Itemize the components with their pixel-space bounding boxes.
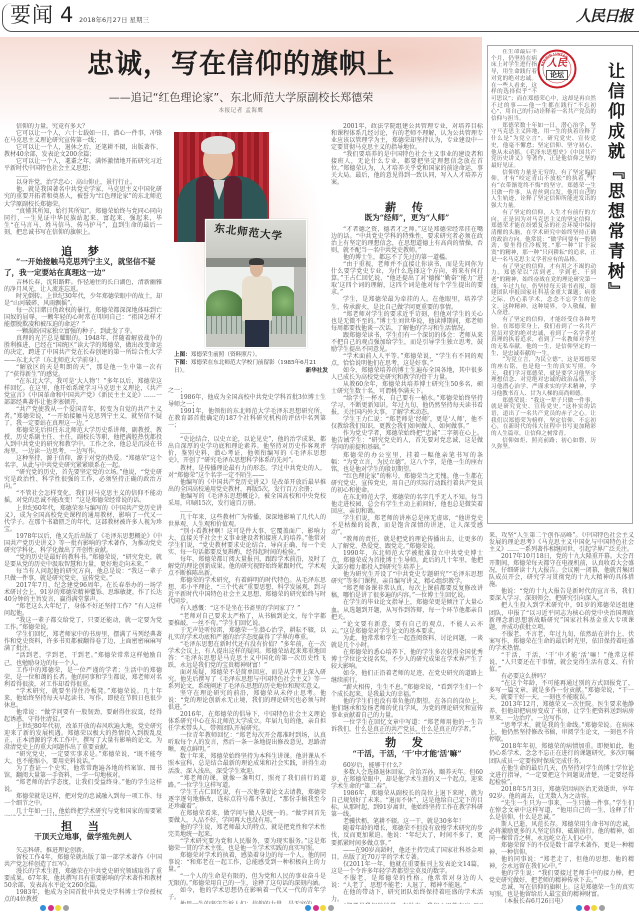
paragraph: “先生一生只为一事来，一生只做一件事。”学生们在悼念文章中这样写道，“他用自己的… (489, 800, 634, 821)
paragraph: 每一次目睹日伪政权的暴行，郑德荣都深深地体味到亡国奴的屈辱，一颗年轻的心时常在叩… (4, 307, 162, 328)
paragraph: “研究党史，一定要实事求是。”郑德荣说，“既不能夸大，也不能缩小，要用史料说话。… (4, 751, 162, 765)
paragraph: 如今，郑德荣培养的博士生遍布全国各地，其中很多人已成长为高校党史研究和教学的骨干… (331, 367, 483, 381)
paragraph: 每年，郑德荣都订阅大量报刊，跟踪学术前沿，及时了解党的理论创新成果。他的研究视野… (168, 556, 326, 577)
paragraph: 他为研究生开设了“中共党史专题研究”“毛泽东思想研究”等多门课程，亲自编写讲义，… (331, 571, 483, 585)
paragraph: 每当有人问起他的研究方向，他总是说：“我这一辈子只做一件事，就是研究党史、宣传党… (4, 568, 162, 582)
paragraph: 2001年，政法学院组建公共管理专业，对培养目标和课程体系几经讨论，有的老师不理… (331, 123, 483, 151)
paragraph: 有了坚定的信仰，才有用之不竭的动力。郑德荣以“活到老、学到老、干到老”的精神，始… (491, 264, 596, 318)
registration-dot-icon (576, 905, 582, 911)
paragraph: 1986年，他成为全国高校中共党史学科首批3位博士生导师之一； (168, 394, 326, 408)
paragraph: 把人生投入到学术研究中，91岁的郑德荣还组建团队，申报了“以习近平同志为核心的党… (489, 602, 634, 630)
paragraph: 学生王力仁说：“郑老师是‘经师’，更是‘人师’，他不仅教给我们知识，更教会我们如… (331, 416, 483, 430)
commentary-body: RENMIN LUNTAN 人民 论坛 在生命最后半个月，仍坚持在病床上对学生进… (491, 49, 596, 520)
paragraph: 于无声处听惊雷，郑德荣一生潜心治学，耕耘不辍，以扎实的学术功底和严谨的治学态度赢… (168, 627, 326, 641)
section-body-dandang-col1: 矢志科研，推进理论创新。留校工作4年，郑德荣就出版了第一部学术著作《中国共产党怎… (4, 847, 162, 904)
paragraph: 坚守在理论研究的前沿，郑德荣从未停止思考。他说：“党的理论创新永无止境，我们的理… (168, 690, 326, 711)
paragraph: 多数人会选择退休回家，含饴弄孙，颐养天年。但60岁，在郑德荣眼中，却是他学术生涯… (331, 769, 483, 790)
paragraph: 漫长的学术生涯，郑德荣在中共党史研究领域取得了重要成果。67年来，他共撰写具有重… (4, 868, 162, 889)
paragraph: “解放区的天是明朗的天”，那是他一生中第一次有了“获得新生”的感觉。 (4, 364, 162, 378)
paragraph: 1978年以后，他又先后出版了《毛泽东思想概论》《中国共产党历史讲义》等一批有影… (4, 533, 162, 554)
paragraph: 有了坚定的信仰，才能经受住各种考验。在郑德荣身上，我们看到了一名共产党员对党的绝… (491, 317, 596, 357)
paragraph: 2016年，在郑德荣的倡导下，中国特色社会主义理论体系研究中心在东北师范大学成立… (168, 711, 326, 732)
photo-caption: 上图：郑德荣生前照（资料照片）。 下图：郑德荣在东北师范大学校门前留影（1985… (174, 351, 328, 375)
paragraph: “红色理论家”的称号，郑德荣当之无愧。他一生都在研究党史、宣传党史，用自己的实际… (331, 473, 483, 494)
paragraph: 2017年7月，纪念建党96周年。在长春举办的一场学术研讨会上，91岁的郑德荣精… (4, 582, 162, 603)
paragraph: 工作中的郑德荣，是一位严谨的学者；生活中的郑德荣，是一位和蔼的长者。他的同事和学… (4, 667, 162, 688)
paragraph: 2013年12月，郑德荣又一次住院。医生要求他静养，但他却把病房变成了书房，让学… (489, 701, 634, 722)
section-name: 要闻 (10, 3, 54, 27)
paragraph: “郑老这么大年纪了，身体不好还坚持工作？”有人这样问起他。 (4, 603, 162, 617)
paragraph: 郑德荣的办公室里，挂着一幅他亲笔书写的条幅：“为党立言，为民立德”。这八个字，是… (331, 452, 483, 473)
paragraph: “郑老师备课非常认真，每次上课前都要反复修改讲稿，哪怕是讲了很多遍的内容。”一位… (331, 585, 483, 599)
man-vest (242, 276, 272, 321)
paragraph: 一位青年教师回忆：“郑老每次开会都准时到场，认真听取每个人的发言，然后一条一条地… (168, 732, 326, 753)
paragraph: 他说：“党的十九大报告是新时代的宣言书，我们要深入学习、深刻领会，把研究引向深入… (489, 588, 634, 602)
caption-top-text: 郑德荣生前照（资料照片）。 (191, 352, 261, 358)
paragraph: “干活，干活，‘干’中才能‘活’嘛！”他常这样说，“人只要还在干事情，就会觉得生… (489, 652, 634, 673)
paragraph: 在郑德荣看来，做学问与做人是统一的。“做学问首先要做人，人品不好，学问再大也没有… (168, 810, 326, 824)
paragraph: 真理的光芒总是耀眼的。1948年，伴随着解放战争的胜利推进，已经在“国统区”读大… (4, 335, 162, 363)
paragraph: 信仰如炬，照亮前路；初心如磐，历久弥坚。 (491, 438, 596, 451)
paragraph: 来，攻坚“人生第二个创作高峰”。《中国特色社会主义发展的理论思考》《马克思主义中… (489, 532, 634, 553)
paragraph: 作为党史学者，郑德荣始终把“忠诚”二字刻在心上。他告诫学生：“研究党史的人，首先… (331, 430, 483, 451)
paragraph: 留校工作4年，郑德荣就出版了第一部学术著作《中国共产党怎样创造了红军》。 (4, 854, 162, 868)
paragraph: 他用一生的坚守告诉人们：信仰的力量，是无穷的。 (168, 901, 326, 904)
paragraph: “一个人的生命是有限的，但为党和人民的事业奋斗是无限的。”郑德荣用自己的一生，诠… (168, 873, 326, 887)
man-trousers (245, 320, 269, 347)
column-logo-ring-icon: RENMIN LUNTAN (537, 49, 577, 89)
section-body-dandang-col2: 之一；1986年，他成为全国高校中共党史学科首批3位博士生导师之一；1991年，… (168, 387, 326, 904)
registration-dot-icon (63, 905, 69, 911)
paragraph: 不服老，不言老，年过九旬，依然站在讲台上、伏案写作，郑德荣在生命的最后时光里，依… (489, 631, 634, 652)
paragraph: 在他生命的最后几天，仍坚持对学生的博士学位论文进行指导，“一定要把这个问题说清楚… (489, 765, 634, 786)
section-subheading-bofa: “干活，干活，‘干’中才能‘活’嘛” (331, 749, 483, 760)
paragraph: “别小看教材啊！这可是件大事，它覆盖面广、影响力大，直接关乎社会主义事业建设者和… (168, 528, 326, 556)
paragraph: 如今，他们正沿着老师的足迹，在党史研究的道路上继续前行。 (331, 670, 483, 684)
article-intro: 信仰的力量，究竟有多大？它可以让一个人，六十七载如一日，潜心一件事，冲锋在马克思… (4, 123, 162, 244)
column-logo: RENMIN LUNTAN 人民 论坛 (537, 49, 596, 93)
paragraph: 忠诚，写在信仰的旗帜上。这是郑德荣一生的真实写照，也是他留给后人最宝贵的精神财富… (489, 884, 634, 898)
paragraph: 1990年，东北师范大学被批准设立中共党史博士点，郑德荣成为首批博士生导师。此后… (331, 550, 483, 571)
paragraph: 它可以让一个人，六十七载如一日，潜心一件事，冲锋在马克思主义理论研究宣传第一线； (4, 130, 162, 144)
paragraph: 矢志科研，推进理论创新。 (4, 847, 162, 854)
paragraph: 不服老，是郑德荣的性格。他常常对身边的人说：“人老了，思想不能老；人退了，精神不… (331, 875, 483, 889)
paragraph: 之一； (168, 387, 326, 394)
paragraph: 斯人已逝，风范长存。郑德荣用生命书写的忠诚，必将激励更多的人坚定信仰、砥砺前行。… (489, 821, 634, 842)
man-hair (249, 258, 264, 265)
paragraph: “郑老是我们的榜样，有他在，我们心里就有底。”团队成员们这样说。 (331, 903, 483, 904)
caption-top-label: 上图： (174, 352, 191, 358)
paragraph: 他的学生说，郑老师最大的特点，就是把党性和学术性完美地统一起来。 (168, 824, 326, 838)
paragraph: （本报长春6月26日电） (489, 898, 634, 904)
registration-marks (305, 905, 334, 911)
paragraph: “党的历史是最好的教科书。”郑德荣说，“研究党史，就是要从党的历史中汲取智慧和力… (4, 554, 162, 568)
paragraph: “我这一辈子都交给党了，只要还能动，就一定要为党工作。”郑德荣说。 (4, 617, 162, 631)
paragraph: “研究党的历史，首先要坚定党的立场。”他说，“党史研究是政治性、科学性很强的工作… (4, 469, 162, 490)
paragraph: 为此，他常常和学生一起查阅资料、讨论问题，一谈就是几个小时。 (331, 635, 483, 649)
paragraph: 郑德荣就是这样，把对党的忠诚融入到每一项工作、每一个细节之中。 (4, 793, 162, 807)
paragraph: 郑德荣数十年如一日，潜心治学，坚守马克思主义阵地，用一生的执着诠释了什么是“为党… (491, 123, 596, 170)
paragraph: “由于重视，老师并不直接让你读书，而是先问你为什么要学党史专业，为什么选择这个方… (331, 261, 483, 296)
paragraph: “论文要有新意，要有自己的观点，不能人云亦云。”这是郑德荣对学生论文的基本要求。 (331, 621, 483, 635)
registration-marks (576, 905, 605, 911)
paragraph: 学生，是郑德荣最为牵挂的人。在他眼里，培养学生、传承薪火，是比自己做学问更重要的… (331, 296, 483, 310)
paragraph: 数十年来，郑德荣始终坚持为本科生讲课。他讲课从不照本宣科，总是结合最新的理论成果… (168, 753, 326, 774)
paragraph: 郑德荣先后担任东北师范大学历史系讲师、副教授、教授，历史系副主任、主任，副校长等… (4, 427, 162, 455)
paragraph: 他的同事说：“郑老走了，但他的思想、他的精神，会永远留在我们心中。” (489, 856, 634, 870)
paragraph: “学术研究要为党和人民服务，要为现实服务。”这是郑德荣一贯的学术主张，也是他一生… (168, 838, 326, 852)
paragraph: “教师的责任，就是把党的理论传播出去，让更多的人了解党、热爱党、跟党走。”郑德荣… (331, 536, 483, 550)
paragraph: “史论结合，以史立论，以论见史”，他的治学成果，都出自深厚的史学功底和理论素养。… (168, 436, 326, 464)
paragraph: 这种坚持，源于信仰，源于对党的热爱。“郑德荣”这个名字，从此与中共党史研究紧紧联… (4, 455, 162, 469)
paragraph: …… (168, 507, 326, 514)
paragraph: “毛泽东思想在新时代还有没有价值？”多年前，在一次学术会议上，有人提出这样的疑问… (168, 641, 326, 669)
paragraph: “学术面前人人平等。”郑德荣说，“学生有不同的观点，恰恰说明他们在思考，这是好事… (331, 353, 483, 367)
paragraph: 在东北师范大学，郑德荣的名字几乎无人不知。每当他走进校园，总会有学生主动上前问好… (331, 494, 483, 515)
paragraph: “为党立言，为民立德”，这是郑德荣的座右铭，也是他一生的真实写照。今天，我们学习… (491, 357, 596, 397)
paragraph: 在郑德荣的悉心培养下，他的学生多次获得全国优秀博士学位论文提名奖，不少人的研究成… (331, 649, 483, 670)
paragraph: 在他的带动下，研究团队始终保持着旺盛的学术活力。 (331, 889, 483, 903)
paragraph: 郑德荣对学术的执着，感染着身边的每一个人。他的同事说：“和郑老在一起工作，总能感… (168, 852, 326, 873)
section-body-xinchuan: “才者德之资，德者才之帅。”这是郑德荣经常挂在嘴边的话。“中共党史学科的特殊性，… (331, 226, 483, 734)
article-byline: 本报记者 孟海鹰 (0, 108, 482, 115)
paragraph: “郑老师对学生的要求近乎苛刻，但他对学生的关心也是无微不至的。”博士生刘世华说，… (331, 311, 483, 332)
paragraph: “活到老，学到老，干到老。”郑德荣常常这样勉励自己，也勉励身边的每一个人。 (4, 652, 162, 666)
paragraph: 在学生的毕业论文指导上，郑德荣更是倾注了大量心血。从选题到开题，从写作到答辩，每… (331, 599, 483, 620)
paragraph: 几十年如一日，他始终把学术研究与党和国家的需要紧密结合起来，与时代同行，与人民同… (4, 808, 162, 816)
paragraph: 上世纪60年代，郑德荣参与编写的《中国共产党历史讲义》，成为全国高校党史课程的通… (4, 505, 162, 533)
paragraph: “我们要培养的是中国特色社会主义事业的建设者和接班人，无论什么专业，都要把坚定理… (331, 151, 483, 186)
section-heading-bofa: 勃 发 (331, 737, 483, 749)
paragraph: 1983年，他成为全国首批中共党史学科博士学位授权点的4位教授 (4, 889, 162, 903)
column-logo-top: 人民 (537, 58, 577, 69)
paragraph: 他常说：“做学问要有一股韧劲，要耐得住寂寞，经得起诱惑，守得住清贫。” (4, 709, 162, 723)
paragraph: 2018年5月3日，郑德荣因病医治无效逝世，享年92岁。他的离去，让无数人为之动… (489, 786, 634, 800)
caption-bottom-label: 下图： (174, 360, 191, 366)
paragraph: 1986年，郑德荣从副校长的岗位上退下来时，就为自己规划好了未来。“退而不休”，… (331, 790, 483, 818)
paragraph: 他编写的《中国共产党历史讲义》是改革开放后最早推出的全国高校通用党史教材，再版5… (168, 479, 326, 493)
paragraph: “思考学术，就是我的生命线。”郑德荣说。在病床上，他仍然坚持修改书稿，审阅学生论… (489, 722, 634, 743)
paragraph: 面对质疑，郑德荣不是简单回应，而是从学理上深入研究。他先后撰写了《毛泽东思想与中… (168, 669, 326, 690)
registration-dot-icon (40, 905, 46, 911)
registration-dot-icon (320, 905, 326, 911)
registration-dot-icon (313, 905, 319, 911)
paragraph: “给学生一杯水，自己要有一桶水。”郑德荣始终坚持学习，不断更新知识。年过九旬，他… (331, 395, 483, 416)
paragraph: 为了查证一个史实，他常常跑遍各地的档案馆、图书馆，翻阅大量第一手资料，一字一句地… (4, 765, 162, 779)
masthead-logo: 人民日报 (576, 7, 632, 25)
paragraph: 吉林长春，沈阳路畔。作径通往的长白湖色，清新幽雅的净月风光，让人流连忘返。 (4, 279, 162, 293)
paragraph: “共产党使我从一个爱国青年，转变为自觉的共产主义者。”郑德荣说，“一开始接触马克… (4, 406, 162, 427)
registration-dot-icon (48, 905, 54, 911)
paragraph: 随着年龄的增长，郑德荣不但没有放慢学术研究的步伐，反而更加紧迫。他说：“年纪大了… (331, 825, 483, 846)
paragraph: 学生王占仁回忆说，有一次他拿着论文去请教，郑德荣逐字逐句地修改，连标点符号都不放… (168, 789, 326, 810)
paragraph: 有必要这么拼吗？ (489, 673, 634, 680)
photo-campus-gate: 东北师范大学 (205, 219, 307, 348)
commentary-paragraphs: 在生命最后半个月，仍坚持在病床上对学生进行指导，用生命践行着对党的绝对忠诚。在一… (491, 49, 596, 451)
paragraph: 学生们说，郑老师的讲座总是座无虚席，“他讲党史不是枯燥的说教，而是饱含深情的讲述… (331, 515, 483, 536)
paragraph: 如今，他的学术思想仍在影响着一代又一代的青年学子。 (168, 887, 326, 901)
registration-dot-icon (328, 905, 334, 911)
paragraph: 教材，是传播理论最有力的形态。学过中共党史的人，对“郑德荣”这个名字一定不陌生—… (168, 465, 326, 479)
paragraph: “真懂其所知，始行其所知”。郑德荣始终与党同心同向同行，一生见证中华民族站起来、… (4, 208, 162, 236)
registration-dot-icon (305, 905, 311, 911)
column-logo-bottom: 论坛 (546, 70, 568, 80)
paragraph: 它可以让一个人，耄耋之年，满怀激情地开拓研究习近平新时代中国特色社会主义思想； (4, 158, 162, 172)
registration-dot-icon (599, 905, 605, 911)
paragraph: 有了坚定的信仰，人生才有前行的方向。正是因为对马克思主义的坚定信仰，郑德荣才能在… (491, 210, 596, 264)
paragraph: “学术研究，就要坐得住冷板凳。”郑德荣说。几十年来，他始终坚持每天早起读书、写作… (4, 688, 162, 709)
commentary-title: 让信仰成就『思想常青树』 (603, 62, 625, 302)
paragraph: 信仰的力量，究竟有多大？ (4, 123, 162, 130)
paragraph: 他编写的《毛泽东思想概论》，被全国高校和中央党校采用，印刷15次，发行逾百万册。 (168, 493, 326, 507)
section-body-zhuimeng: 吉林长春，沈阳路畔。作径通往的长白湖色，清新幽雅的净月风光，让人流连忘返。时光倒… (4, 279, 162, 816)
page-number: 4 (60, 3, 73, 27)
section-body-dandang-col3: 2001年，政法学院组建公共管理专业，对培养目标和课程体系几经讨论，有的老师不理… (331, 123, 483, 199)
paragraph: 从教60余年，郑德荣共培养博士研究生50多名，硕士研究生数十名，可谓桃李满天下。 (331, 381, 483, 395)
paragraph: 时光倒转。上世纪30年代，少年郑德荣眼中的故土，却是“山河破碎，风雨飘摇”。 (4, 293, 162, 307)
paragraph: 信仰的力量是无穷的。有了坚定的信仰，才有“咬定青山不放松”的执着，才有“衣带渐宽… (491, 170, 596, 210)
section-subheading-zhuimeng: “一开始接触马克思列宁主义，就坚信不疑了，我一定要站在真理这一边” (4, 257, 162, 278)
section-body-bofa-col4: 来，攻坚“人生第二个创作高峰”。《中国特色社会主义发展的理论思考》《马克思主义中… (489, 532, 634, 904)
commentary-byline: 润 生 (585, 172, 591, 197)
paragraph: 跟郑德荣读书，学生们有一个深切的体会：老师从来不把自己的观点强加给学生，而是引导… (331, 332, 483, 353)
paragraph: 60岁后，能够干什么？ (331, 762, 483, 769)
paragraph: “郑老师的课，就像一盏明灯，照亮了我们前行的道路。”一位学生这样写道。 (168, 775, 326, 789)
issue-date: 2018年6月27日 星期三 (79, 16, 149, 24)
paragraph: 1991年，他领衔的东北师范大学毛泽东思想研究所，在教育部首批确定的187个社科… (168, 408, 326, 429)
paragraph: 有人感慨：“这不是坐在书斋里的学问家了？” (168, 605, 326, 612)
registration-dot-icon (584, 905, 590, 911)
paragraph: 2018年年初，郑德荣的病情加重。即便如此，他仍心系学术，念念不忘正在进行的课题… (489, 743, 634, 764)
registration-dot-icon (591, 905, 597, 911)
paragraph: 2017年10月18日，党的十九大隆重开幕。大会召开期间，郑德荣每天都守在电视机… (489, 553, 634, 588)
paragraph: 学生们回忆，郑老师家中的书房里，摆满了马列经典著作和党史资料，许多书页都被翻得卷… (4, 631, 162, 652)
paragraph: ——在90岁高龄时，他还主持完成了国家社科基金项目，出版了近70万字的学术专著。 (331, 847, 483, 861)
article-subtitle: ——追记“红色理论家”、东北师范大学原副校长郑德荣 (0, 91, 482, 104)
section-subheading-xinchuan: 既为“经师”，更为“人师” (331, 213, 483, 224)
paragraph: 他的学生说：“我们要接过老师手中的接力棒，把党史研究做好，把老师的精神传承下去。… (489, 870, 634, 884)
paragraph: “才者德之资，德者才之帅。”这是郑德荣经常挂在嘴边的话。“中共党史学科的特殊性，… (331, 226, 483, 254)
paragraph: 郑德荣的学术研究，有着鲜明的时代特色。从毛泽东思想、邓小平理论、“三个代表”重要… (168, 577, 326, 605)
paragraph: 几十年来，这些教材广为传播，深深地影响了几代人的世界观、人生观和价值观。 (168, 514, 326, 528)
paragraph: 一位学生在回忆文章中写道：“郑老师用他的一生告诉我们，什么是真正的共产党员，什么… (331, 719, 483, 733)
paragraph: 他的学生们也没有辜负他的期望。在各自的岗位上，他们继承和发扬老师的优良学风，为党… (331, 698, 483, 719)
paragraph: 上世纪80年代初，改革开放的春风吹遍大地，党史研究迎来了新的发展机遇。郑德荣以极… (4, 723, 162, 751)
paragraph: 郑德荣留下的不仅是数十部学术著作，更是一种精神、一种信仰。 (489, 842, 634, 856)
paragraph: “老师对自己要求太严格了，从书稿到论文，每个字都要推敲，一丝不苟。”学生们回忆说… (168, 613, 326, 627)
paragraph: 这，就是郑德荣留给我们的最宝贵的财富。 (331, 733, 483, 734)
section-body-bofa-col3: 60岁后，能够干什么？多数人会选择退休回家，含饴弄孙，颐养天年。但60岁，在郑德… (331, 762, 483, 904)
paragraph: 他，就是我国著名中共党史学家、马克思主义中国化研究的重要开拓者和奠基人，被誉为“… (4, 186, 162, 207)
paragraph: “郑老师的治学态度，让我们受益终身。”他的学生这样说。 (4, 779, 162, 793)
registration-dot-icon (55, 905, 61, 911)
section-subheading-dandang: 干顶天立地事，做学殖先例人 (4, 832, 162, 843)
photo-credit: 新华社发 (174, 367, 328, 375)
paragraph: “薪火相传，生生不息。”郑德荣说，“看到学生们一个个成长起来，是我最大的幸福。” (331, 684, 483, 698)
registration-marks (40, 905, 69, 911)
portrait-hair (201, 136, 235, 154)
paragraph: 仅2011年一年，他就在重要报刊上发表论文14篇，这是一个令许多年轻学者都望尘莫… (331, 861, 483, 875)
paragraph: 郑德荣说：“我这一辈子只做一件事，就是研究党史、宣传党史。”这朴实的话语，道出了… (491, 398, 596, 438)
paragraph: “在东北大学，我可是‘大人物’！”多年以后，郑德荣这样回忆。在这里，他开始系统学… (4, 378, 162, 406)
article-headline: 忠诚，写在信仰的旗帜上 (0, 50, 482, 80)
newspaper-page: 要闻 4 2018年6月27日 星期三 人民日报 忠诚，写在信仰的旗帜上 ——追… (0, 0, 640, 917)
paragraph: 它可以让一个人，退休之后，还笔耕不辍，出版著作、教材40余部，发表论文200余篇… (4, 144, 162, 158)
paragraph: “不管社会怎样变化，我们对马克思主义的信仰不能动摇，对党的忠诚不能改变！”这是郑… (4, 490, 162, 504)
paragraph: “在这个年龄，不可能再通过别的方式回报党了，多写一篇文章，就是多作一份贡献。”郑… (489, 680, 634, 701)
